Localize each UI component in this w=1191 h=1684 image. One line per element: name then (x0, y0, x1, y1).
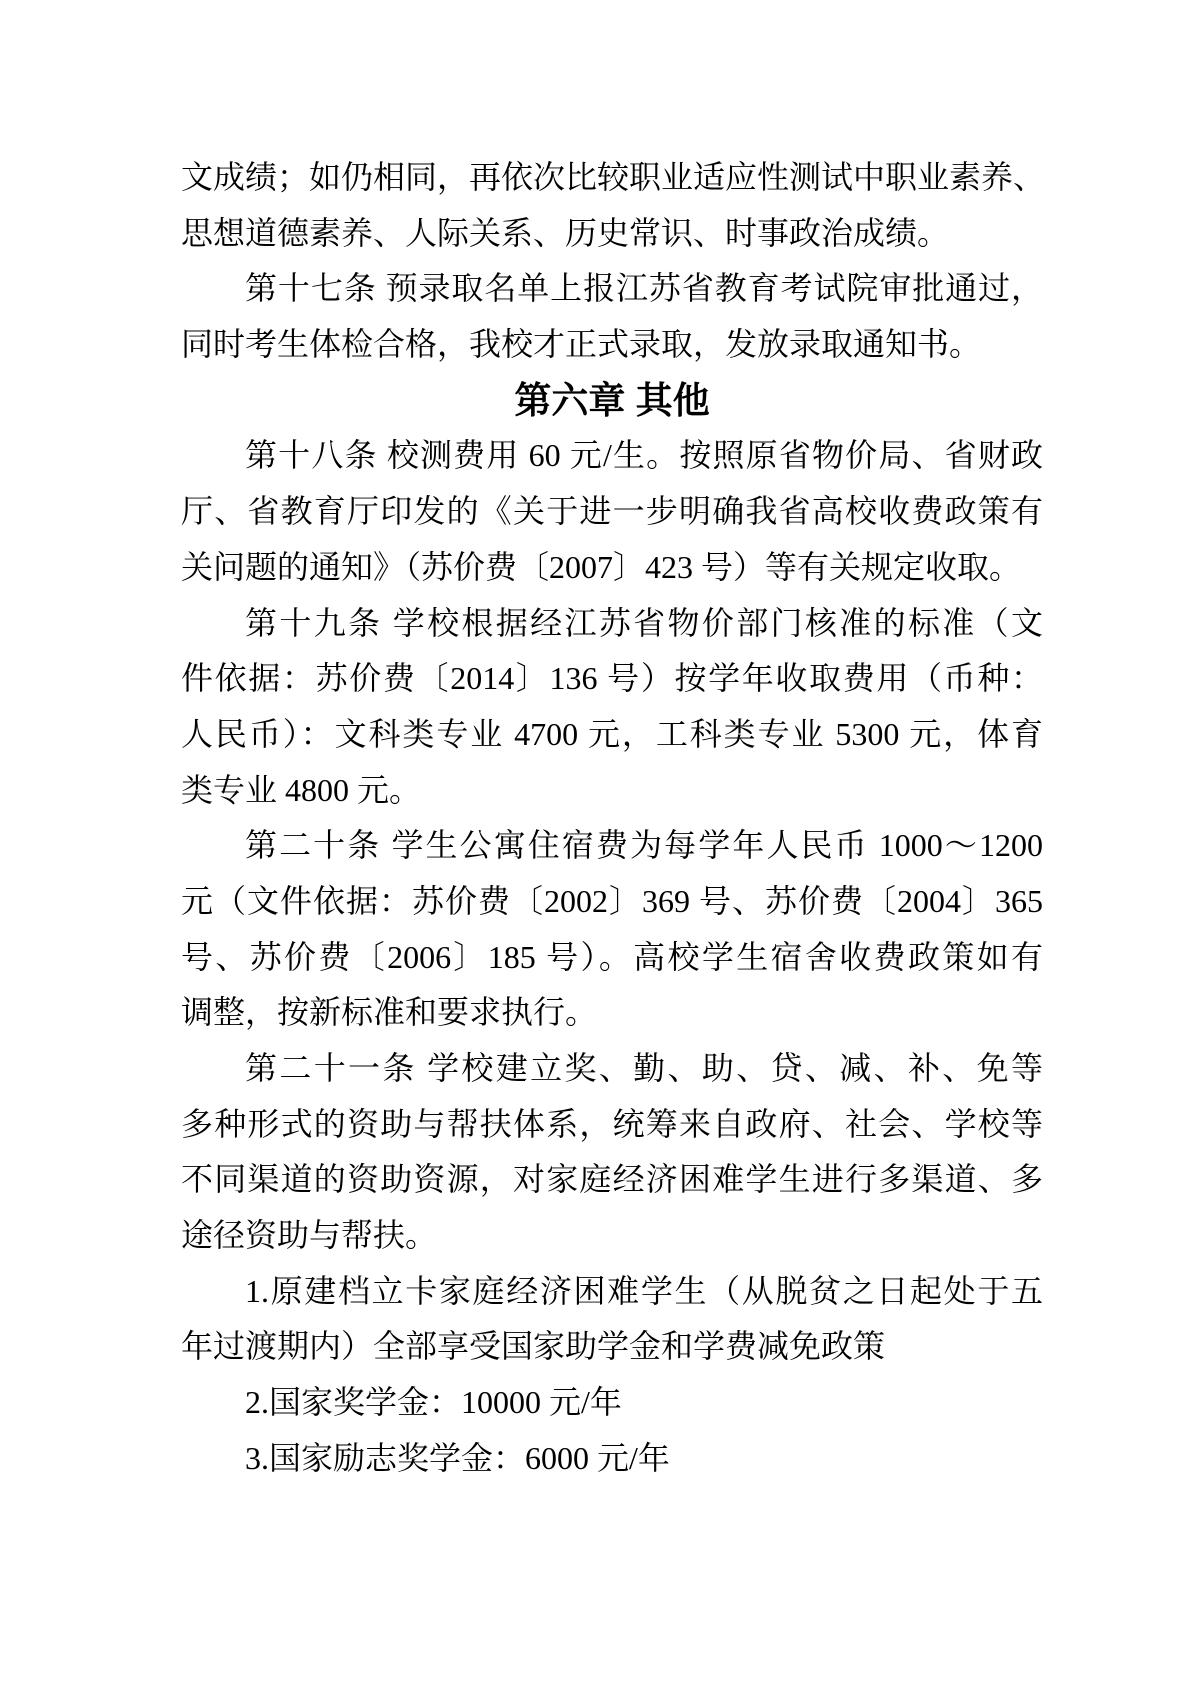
text-line: 关问题的通知》（苏价费〔2007〕423 号）等有关规定收取。 (181, 540, 1043, 596)
text-line: 2.国家奖学金：10000 元/年 (181, 1375, 1043, 1431)
text-line: 调整，按新标准和要求执行。 (181, 985, 1043, 1041)
text-line: 元（文件依据：苏价费〔2002〕369 号、苏价费〔2004〕365 (181, 874, 1043, 930)
text-line: 人民币）：文科类专业 4700 元，工科类专业 5300 元，体育 (181, 707, 1043, 763)
text-line: 第十九条 学校根据经江苏省物价部门核准的标准（文 (181, 596, 1043, 652)
text-line: 第十八条 校测费用 60 元/生。按照原省物价局、省财政 (181, 428, 1043, 484)
text-line: 厅、省教育厅印发的《关于进一步明确我省高校收费政策有 (181, 484, 1043, 540)
text-line: 1.原建档立卡家庭经济困难学生（从脱贫之日起处于五 (181, 1264, 1043, 1320)
text-line: 不同渠道的资助资源，对家庭经济困难学生进行多渠道、多 (181, 1152, 1043, 1208)
text-line: 第二十条 学生公寓住宿费为每学年人民币 1000～1200 (181, 818, 1043, 874)
text-line: 第二十一条 学校建立奖、勤、助、贷、减、补、免等 (181, 1041, 1043, 1097)
chapter-heading: 第六章 其他 (181, 373, 1043, 429)
text-line: 第十七条 预录取名单上报江苏省教育考试院审批通过， (181, 261, 1043, 317)
text-line: 多种形式的资助与帮扶体系，统筹来自政府、社会、学校等 (181, 1097, 1043, 1153)
text-line: 途径资助与帮扶。 (181, 1208, 1043, 1264)
text-line: 件依据：苏价费〔2014〕136 号）按学年收取费用（币种： (181, 651, 1043, 707)
document-body: 文成绩；如仍相同，再依次比较职业适应性测试中职业素养、思想道德素养、人际关系、历… (181, 150, 1043, 1487)
text-line: 号、苏价费〔2006〕185 号）。高校学生宿舍收费政策如有 (181, 930, 1043, 986)
text-line: 年过渡期内）全部享受国家助学金和学费减免政策 (181, 1319, 1043, 1375)
text-line: 3.国家励志奖学金：6000 元/年 (181, 1431, 1043, 1487)
text-line: 同时考生体检合格，我校才正式录取，发放录取通知书。 (181, 317, 1043, 373)
document-page: 文成绩；如仍相同，再依次比较职业适应性测试中职业素养、思想道德素养、人际关系、历… (0, 0, 1191, 1684)
text-line: 思想道德素养、人际关系、历史常识、时事政治成绩。 (181, 206, 1043, 262)
text-line: 文成绩；如仍相同，再依次比较职业适应性测试中职业素养、 (181, 150, 1043, 206)
text-line: 类专业 4800 元。 (181, 763, 1043, 819)
